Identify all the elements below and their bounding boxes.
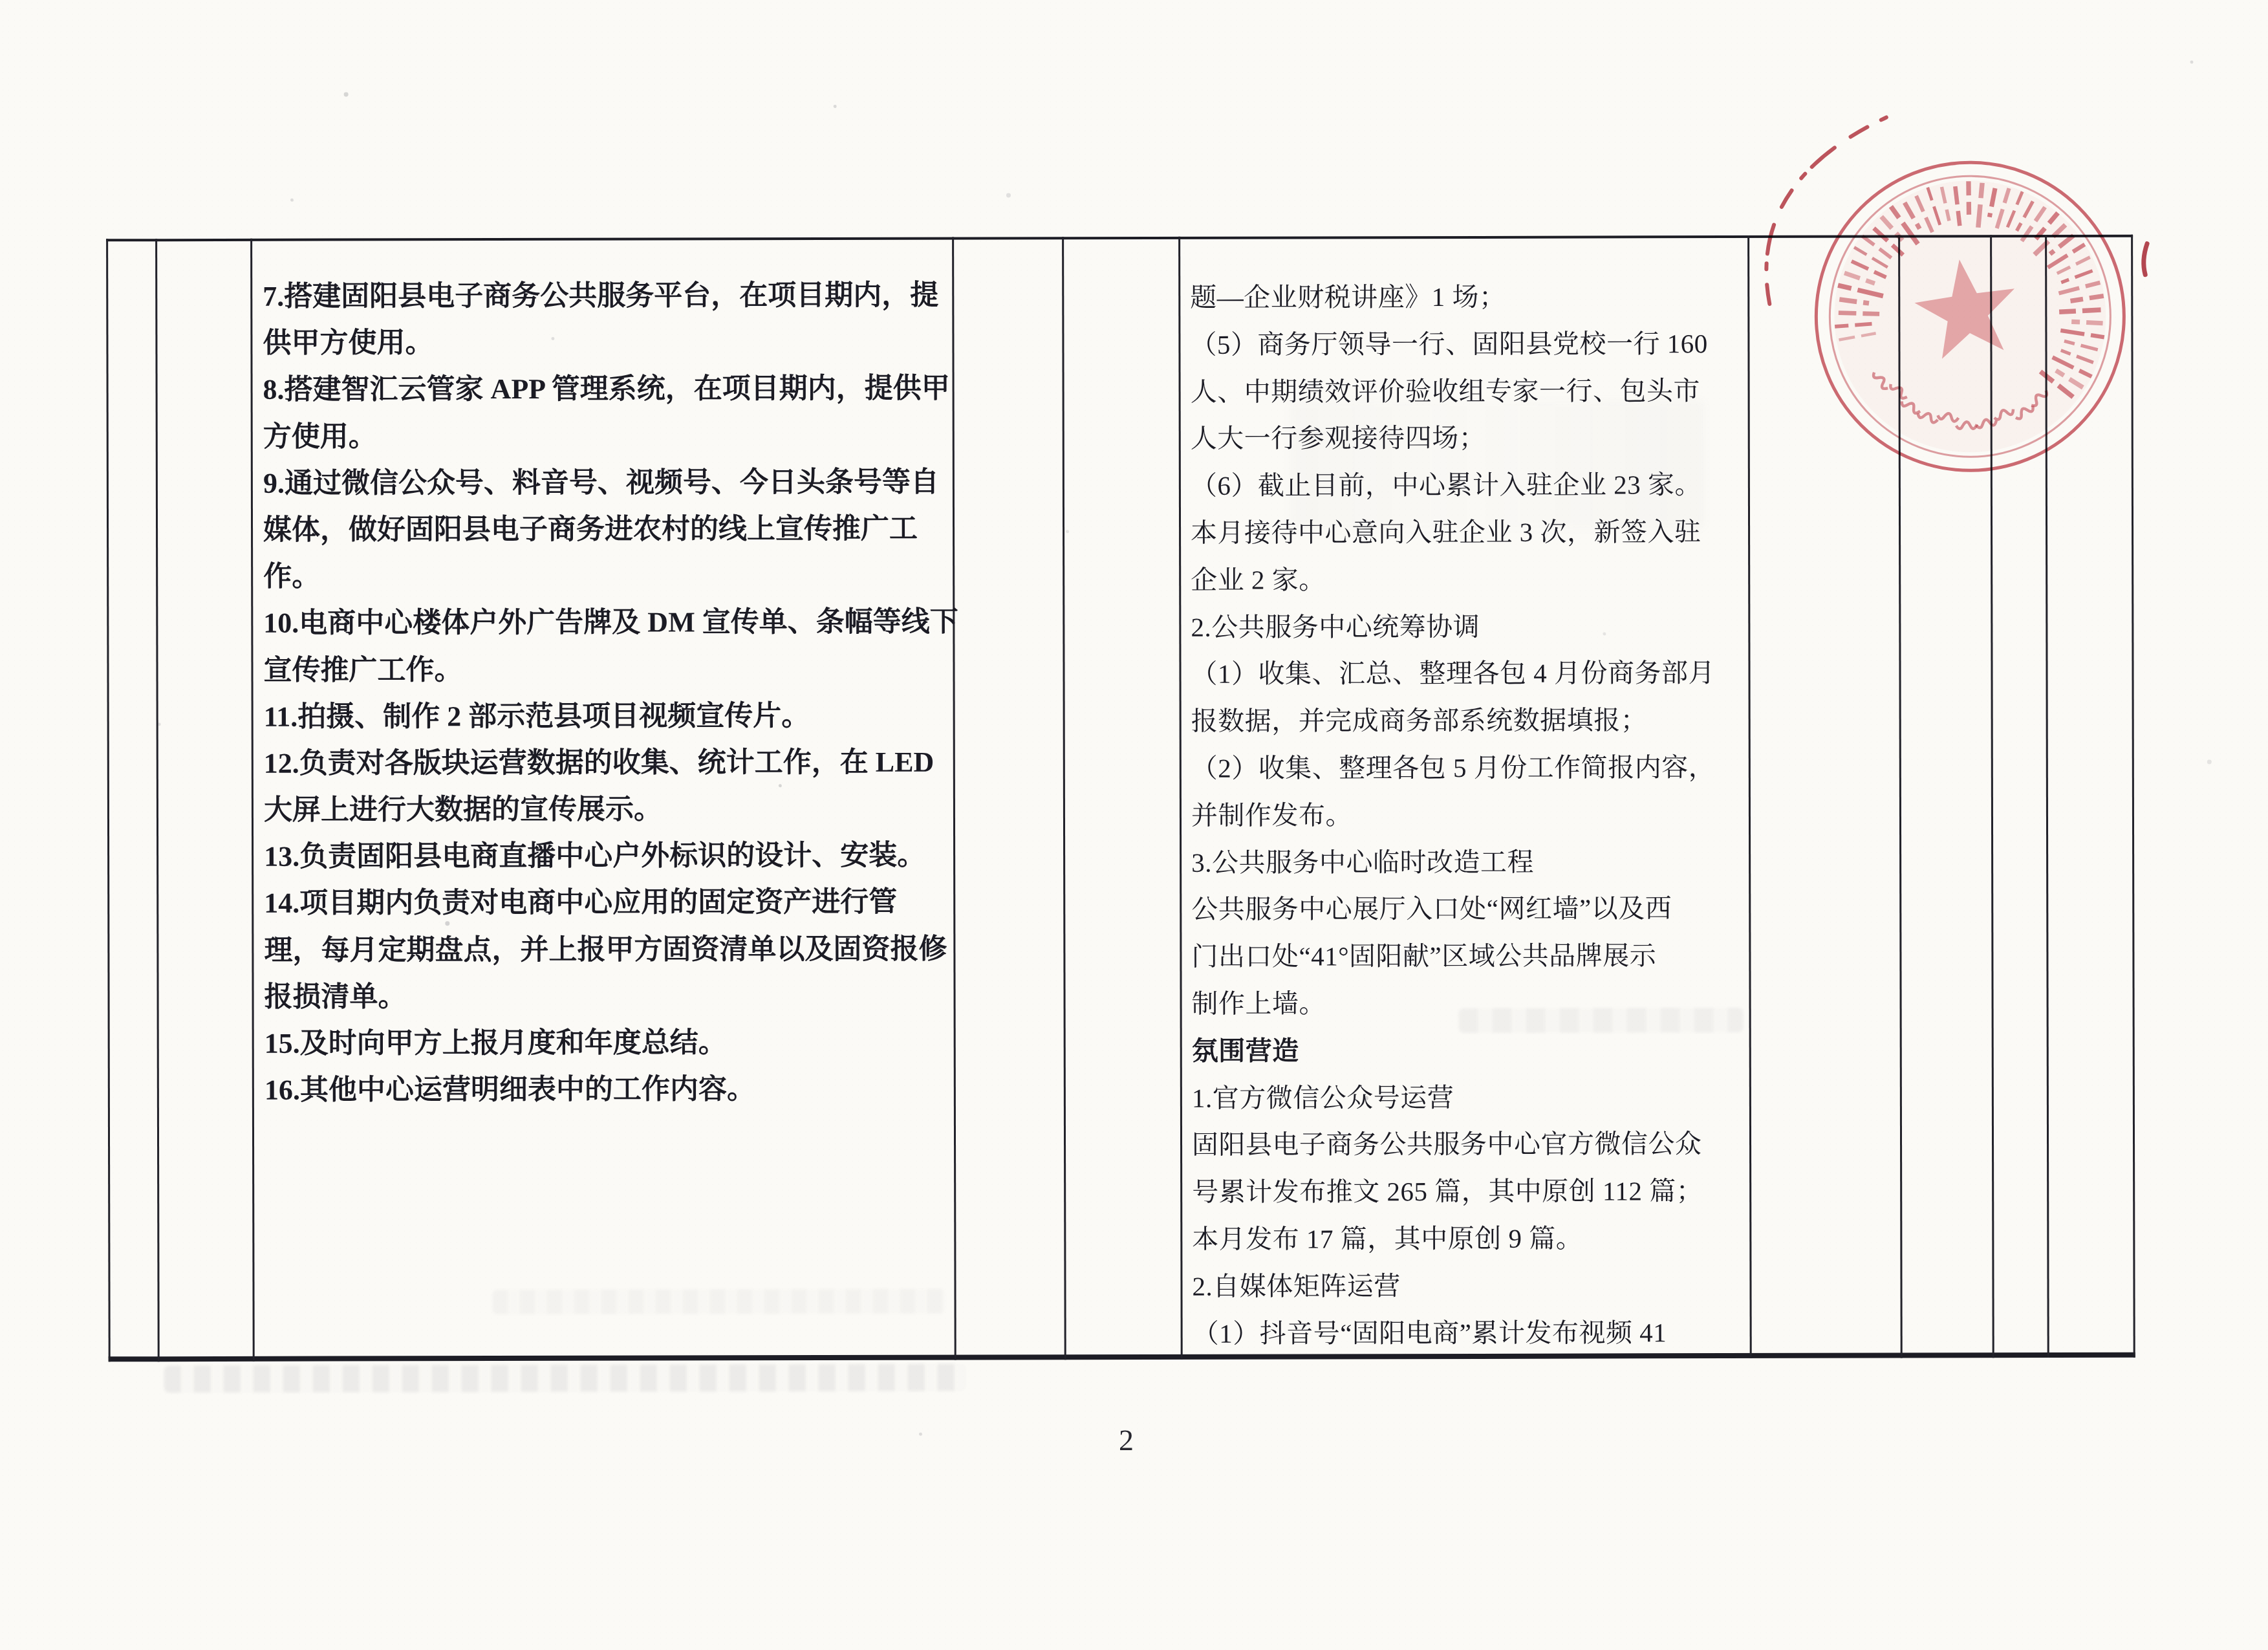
text-line: 12.负责对各版块运营数据的收集、统计工作，在 LED xyxy=(264,739,951,787)
text-line: 8.搭建智汇云管家 APP 管理系统，在项目期内，提供甲 xyxy=(263,365,950,413)
column-divider xyxy=(1178,237,1183,1360)
text-line: 企业 2 家。 xyxy=(1191,556,1747,604)
text-line: 1.官方微信公众号运营 xyxy=(1192,1074,1748,1122)
column-divider xyxy=(952,237,956,1360)
scanned-page: 7.搭建固阳县电子商务公共服务平台，在项目期内，提供甲方使用。8.搭建智汇云管家… xyxy=(0,0,2268,1650)
text-line: 9.通过微信公众号、料音号、视频号、今日头条号等自 xyxy=(263,459,950,506)
ink-bleed-ghost xyxy=(1290,400,1704,530)
text-line: 报数据，并完成商务部系统数据填报； xyxy=(1191,697,1747,745)
text-line: （2）收集、整理各包 5 月份工作简报内容， xyxy=(1191,744,1747,792)
text-line: 并制作发布。 xyxy=(1191,791,1747,840)
seal-stray-mark xyxy=(2144,244,2148,275)
column-divider xyxy=(106,239,111,1362)
text-line: 14.项目期内负责对电商中心应用的固定资产进行管 xyxy=(264,879,951,927)
left-work-items-cell: 7.搭建固阳县电子商务公共服务平台，在项目期内，提供甲方使用。8.搭建智汇云管家… xyxy=(263,272,951,1114)
text-line: 理，每月定期盘点，并上报甲方固资清单以及固资报修 xyxy=(264,926,951,973)
text-line: 题—企业财税讲座》1 场； xyxy=(1190,273,1746,321)
text-line: 11.拍摄、制作 2 部示范县项目视频宣传片。 xyxy=(264,692,951,740)
text-line: 16.其他中心运营明细表中的工作内容。 xyxy=(265,1066,951,1114)
text-line: 10.电商中心楼体户外广告牌及 DM 宣传单、条幅等线下 xyxy=(263,599,950,647)
text-line: （5）商务厅领导一行、固阳县党校一行 160 xyxy=(1190,320,1746,369)
red-seal-stamp-icon xyxy=(1687,89,2205,543)
text-line: 媒体，做好固阳县电子商务进农村的线上宣传推广工 xyxy=(263,506,950,554)
text-line: 报损清单。 xyxy=(264,972,951,1020)
text-line: 3.公共服务中心临时改造工程 xyxy=(1191,838,1747,887)
text-line: 大屏上进行大数据的宣传展示。 xyxy=(264,786,951,834)
report-table: 7.搭建固阳县电子商务公共服务平台，在项目期内，提供甲方使用。8.搭建智汇云管家… xyxy=(0,0,2266,3)
ink-bleed-ghost xyxy=(493,1289,945,1314)
text-line: 供甲方使用。 xyxy=(263,319,949,367)
text-line: 2.自媒体矩阵运营 xyxy=(1192,1262,1748,1310)
text-line: （1）抖音号“固阳电商”累计发布视频 41 xyxy=(1193,1309,1749,1358)
column-divider xyxy=(250,239,255,1362)
page-number: 2 xyxy=(1119,1423,1134,1457)
text-line: 门出口处“41°固阳献”区域公共品牌展示 xyxy=(1191,932,1747,981)
text-line: 号累计发布推文 265 篇，其中原创 112 篇； xyxy=(1192,1167,1748,1216)
text-line: 15.及时向甲方上报月度和年度总结。 xyxy=(265,1019,951,1067)
text-line: 宣传推广工作。 xyxy=(263,646,950,693)
text-line: 固阳县电子商务公共服务中心官方微信公众 xyxy=(1192,1120,1748,1169)
text-line: 作。 xyxy=(263,552,950,600)
text-line: 本月发布 17 篇，其中原创 9 篇。 xyxy=(1192,1215,1748,1263)
text-line: 13.负责固阳县电商直播中心户外标识的设计、安装。 xyxy=(264,832,951,880)
ink-bleed-ghost xyxy=(1459,1008,1744,1033)
column-divider xyxy=(1062,237,1066,1360)
text-line: 公共服务中心展厅入口处“网红墙”以及西 xyxy=(1191,885,1747,933)
column-divider xyxy=(155,239,160,1362)
text-line: 氛围营造 xyxy=(1192,1026,1748,1075)
text-line: 方使用。 xyxy=(263,412,950,460)
text-line: （1）收集、汇总、整理各包 4 月份商务部月 xyxy=(1191,649,1747,698)
text-line: 2.公共服务中心统筹协调 xyxy=(1191,603,1747,651)
ink-bleed-ghost xyxy=(164,1364,966,1393)
text-line: 7.搭建固阳县电子商务公共服务平台，在项目期内，提 xyxy=(263,272,949,320)
table-border-bottom xyxy=(109,1352,2135,1362)
